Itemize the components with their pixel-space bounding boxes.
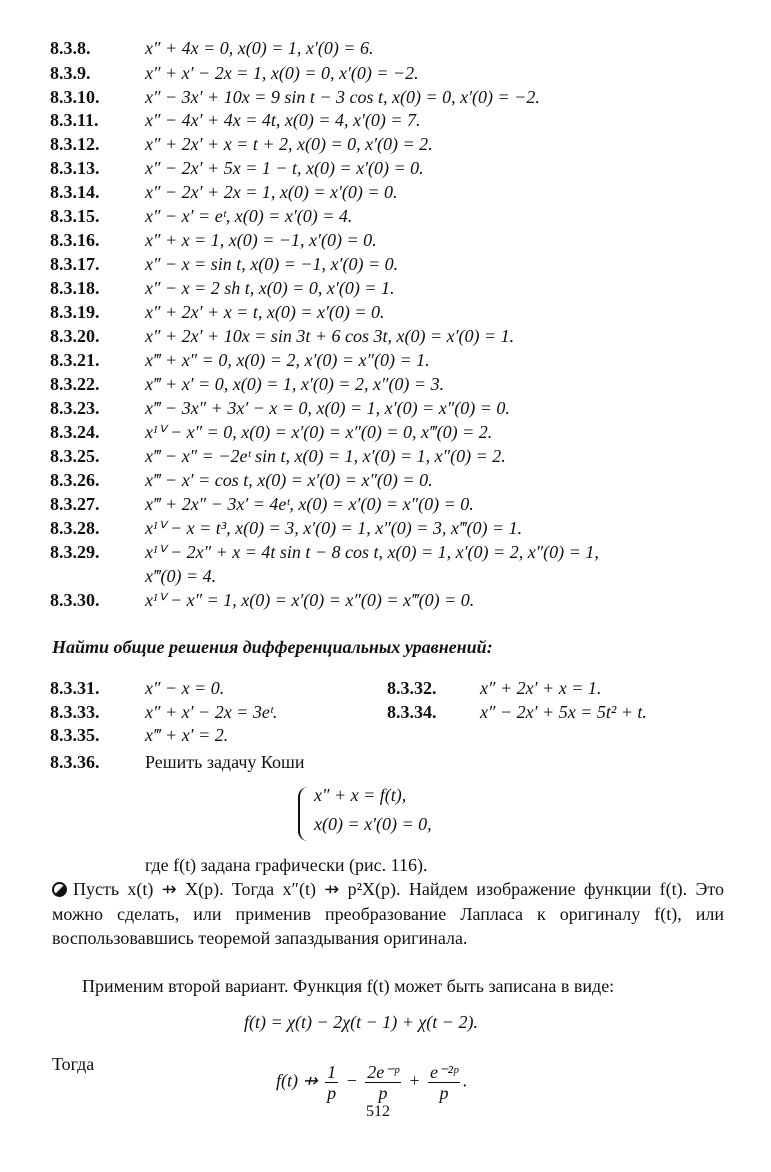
fraction: e⁻²ᵖp: [428, 1062, 460, 1103]
denominator: p: [325, 1083, 338, 1103]
problem-number: 8.3.35.: [50, 724, 100, 746]
problem-number: 8.3.9.: [50, 62, 91, 84]
problem-equation: x″ + 2x′ + x = t + 2, x(0) = 0, x′(0) = …: [145, 133, 433, 155]
problem-number: 8.3.10.: [50, 86, 100, 108]
problem-number: 8.3.27.: [50, 493, 100, 515]
then-label: Тогда: [52, 1054, 94, 1074]
problem-number: 8.3.34.: [387, 701, 437, 723]
solution-start-icon: [52, 882, 67, 897]
problem-number: 8.3.22.: [50, 373, 100, 395]
problem-equation: x″ − 2x′ + 5x = 1 − t, x(0) = x′(0) = 0.: [145, 157, 424, 179]
operator: −: [346, 1071, 358, 1091]
numerator: 1: [325, 1062, 338, 1083]
problem-number: 8.3.31.: [50, 677, 100, 699]
solution-text: Пусть x(t) ⇸ X(p). Тогда x″(t) ⇸ p²X(p).…: [52, 879, 724, 948]
problem-number: 8.3.17.: [50, 253, 100, 275]
formula-lhs: f(t) ⇸: [276, 1071, 318, 1091]
problem-equation: x‴ + 2x″ − 3x′ = 4eᵗ, x(0) = x′(0) = x″(…: [145, 493, 474, 515]
problem-equation: x″ − 2x′ + 5x = 5t² + t.: [480, 701, 647, 723]
problem-equation: x″ − x = 2 sh t, x(0) = 0, x′(0) = 1.: [145, 277, 394, 299]
numerator: e⁻²ᵖ: [428, 1062, 460, 1083]
denominator: p: [428, 1083, 460, 1103]
numerator: 2e⁻ᵖ: [365, 1062, 401, 1083]
problem-equation: xᴵⱽ − x = t³, x(0) = 3, x′(0) = 1, x″(0)…: [145, 517, 522, 539]
problem-number: 8.3.13.: [50, 157, 100, 179]
problem-number: 8.3.28.: [50, 517, 100, 539]
problem-number: 8.3.29.: [50, 541, 100, 563]
problem-number: 8.3.25.: [50, 445, 100, 467]
textbook-page: 8.3.8.x″ + 4x = 0, x(0) = 1, x′(0) = 6. …: [0, 0, 771, 1172]
problem-equation: x″ + 2x′ + x = t, x(0) = x′(0) = 0.: [145, 301, 385, 323]
problem-statement: Решить задачу Коши: [145, 751, 305, 773]
problem-equation: x‴ + x′ = 2.: [145, 724, 228, 746]
formula-end: .: [463, 1071, 468, 1091]
problem-number: 8.3.15.: [50, 205, 100, 227]
problem-equation: x‴ − x′ = cos t, x(0) = x′(0) = x″(0) = …: [145, 469, 433, 491]
problem-number: 8.3.18.: [50, 277, 100, 299]
problem-equation: x″ + x = 1, x(0) = −1, x′(0) = 0.: [145, 229, 377, 251]
problem-equation: x″ + x′ − 2x = 1, x(0) = 0, x′(0) = −2.: [145, 62, 419, 84]
system-line: x(0) = x′(0) = 0,: [314, 814, 432, 835]
problem-number: 8.3.30.: [50, 589, 100, 611]
problem-equation: x″ + 2x′ + x = 1.: [480, 677, 601, 699]
formula-decomposition: f(t) = χ(t) − 2χ(t − 1) + χ(t − 2).: [244, 1012, 478, 1033]
solution-text: Применим второй вариант. Функция f(t) мо…: [82, 976, 614, 996]
problem-note: где f(t) задана графически (рис. 116).: [145, 854, 427, 876]
problem-number: 8.3.16.: [50, 229, 100, 251]
problem-number: 8.3.21.: [50, 349, 100, 371]
problem-equation: x″ − x = 0.: [145, 677, 224, 699]
problem-equation: xᴵⱽ − x″ = 1, x(0) = x′(0) = x″(0) = x‴(…: [145, 589, 474, 611]
problem-equation: x″ + x′ − 2x = 3eᵗ.: [145, 701, 277, 723]
problem-equation: xᴵⱽ − x″ = 0, x(0) = x′(0) = x″(0) = 0, …: [145, 421, 492, 443]
problem-equation: x″ − 2x′ + 2x = 1, x(0) = x′(0) = 0.: [145, 181, 398, 203]
operator: +: [408, 1071, 420, 1091]
solution-paragraph: Применим второй вариант. Функция f(t) мо…: [52, 974, 724, 999]
problem-number: 8.3.20.: [50, 325, 100, 347]
problem-number: 8.3.19.: [50, 301, 100, 323]
formula-laplace-image: f(t) ⇸ 1p − 2e⁻ᵖp + e⁻²ᵖp.: [276, 1062, 467, 1103]
problem-equation: x‴ + x″ = 0, x(0) = 2, x′(0) = x″(0) = 1…: [145, 349, 430, 371]
problem-equation: xᴵⱽ − 2x″ + x = 4t sin t − 8 cos t, x(0)…: [145, 541, 599, 563]
problem-number: 8.3.8.: [50, 37, 91, 59]
fraction: 1p: [325, 1062, 338, 1103]
problem-number: 8.3.32.: [387, 677, 437, 699]
problem-number: 8.3.23.: [50, 397, 100, 419]
left-brace-icon: [298, 787, 310, 841]
problem-equation: x‴ − 3x″ + 3x′ − x = 0, x(0) = 1, x′(0) …: [145, 397, 510, 419]
problem-equation: x‴ − x″ = −2eᵗ sin t, x(0) = 1, x′(0) = …: [145, 445, 506, 467]
system-line: x″ + x = f(t),: [314, 785, 406, 806]
problem-equation: x″ + 4x = 0, x(0) = 1, x′(0) = 6.: [145, 37, 373, 59]
section-heading: Найти общие решения дифференциальных ура…: [52, 637, 493, 658]
problem-equation: x″ − x = sin t, x(0) = −1, x′(0) = 0.: [145, 253, 398, 275]
problem-number: 8.3.36.: [50, 751, 100, 773]
problem-number: 8.3.33.: [50, 701, 100, 723]
problem-equation: x″ − x′ = eᵗ, x(0) = x′(0) = 4.: [145, 205, 352, 227]
problem-equation: x″ − 3x′ + 10x = 9 sin t − 3 cos t, x(0)…: [145, 86, 540, 108]
denominator: p: [365, 1083, 401, 1103]
page-number: 512: [366, 1103, 390, 1121]
problem-equation-continuation: x‴(0) = 4.: [145, 565, 216, 587]
problem-equation: x‴ + x′ = 0, x(0) = 1, x′(0) = 2, x″(0) …: [145, 373, 444, 395]
problem-number: 8.3.24.: [50, 421, 100, 443]
solution-paragraph: Пусть x(t) ⇸ X(p). Тогда x″(t) ⇸ p²X(p).…: [52, 877, 724, 951]
fraction: 2e⁻ᵖp: [365, 1062, 401, 1103]
problem-equation: x″ + 2x′ + 10x = sin 3t + 6 cos 3t, x(0)…: [145, 325, 514, 347]
problem-number: 8.3.26.: [50, 469, 100, 491]
problem-number: 8.3.11.: [50, 109, 99, 131]
problem-number: 8.3.12.: [50, 133, 100, 155]
problem-equation: x″ − 4x′ + 4x = 4t, x(0) = 4, x′(0) = 7.: [145, 109, 421, 131]
problem-number: 8.3.14.: [50, 181, 100, 203]
